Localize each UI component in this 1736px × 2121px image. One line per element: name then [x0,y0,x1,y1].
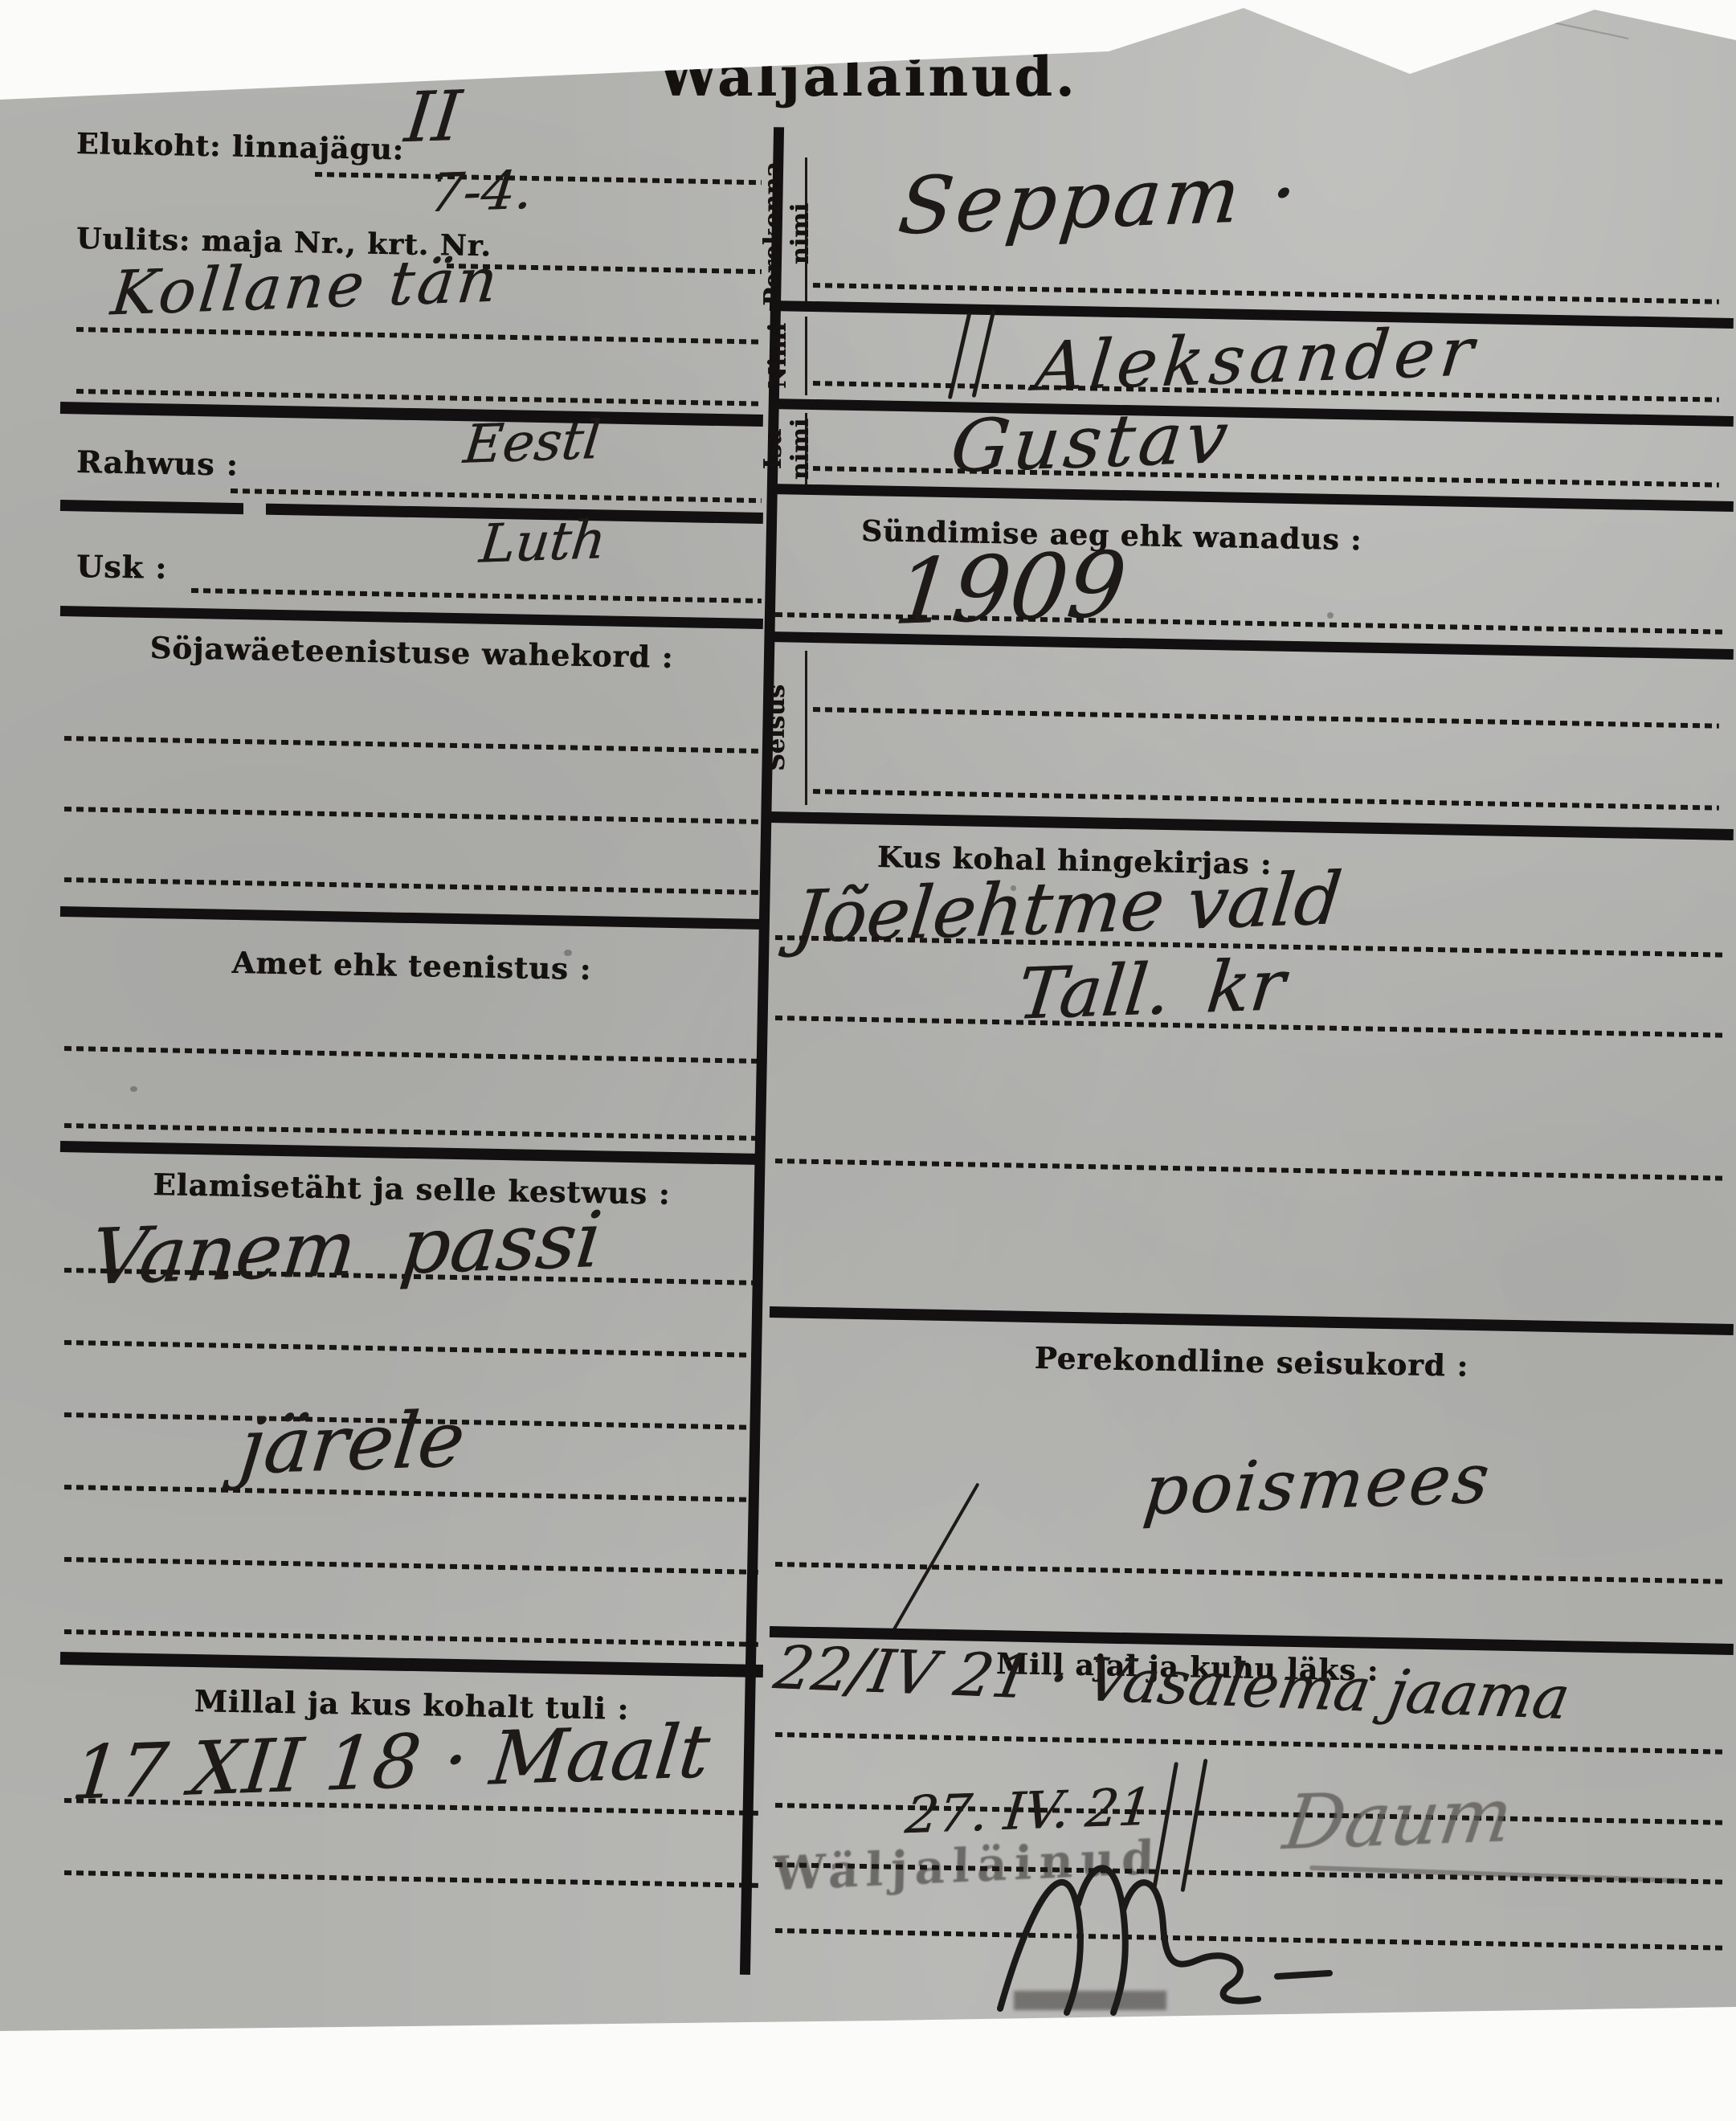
dotted-writing-line [64,1340,758,1358]
field-usk-label: Usk : [76,548,168,586]
section-rule [60,1652,763,1678]
dotted-writing-line [64,1870,758,1888]
field-occupation-label: Amet ehk teenistus : [60,942,764,990]
field-elukoht-label: Elukoht: linnajägu: [76,127,405,166]
section-rule [60,606,763,629]
dotted-writing-line [64,1557,758,1575]
dotted-writing-line [813,283,1719,304]
dotted-writing-line [231,488,762,503]
dotted-writing-line [64,1123,758,1141]
dotted-writing-line [64,1046,758,1064]
dotted-writing-line [315,172,762,185]
dotted-writing-line [775,1732,1723,1755]
field-status-label: Seisus [763,651,790,805]
handwriting-residence-permit-line1: Vanem passi [87,1195,606,1302]
dotted-writing-line [64,1485,758,1502]
label-cell-divider [805,651,807,805]
field-father-name-label: Isa nimi [760,413,814,485]
handwriting-marital-value: poismees [1140,1439,1495,1531]
handwriting-family-name-value: Seppam · [894,147,1304,252]
section-rule [60,906,763,930]
paper-speck [1011,885,1016,891]
handwriting-uulits-nr-value: 7-4. [427,159,536,224]
field-military-label: Söjawäeteenistuse wahekord : [60,628,764,676]
scanned-form-card: Wäljaläinud. Elukoht: linnajägu: II Uuli… [0,0,1736,2121]
dotted-writing-line [813,707,1719,729]
paper-speck [564,950,572,956]
dotted-writing-line [76,327,762,345]
dotted-writing-line [775,1562,1723,1584]
section-rule [60,1141,763,1165]
paper-crease [1424,0,1629,39]
handwriting-birth-value: 1909 [890,533,1131,645]
section-rule [770,1306,1734,1335]
pen-flourish [891,1482,980,1633]
dotted-writing-line [64,736,758,754]
handwriting-rahwus-value: Eestl [461,409,604,476]
paper-speck [1327,612,1334,619]
dotted-writing-line [64,877,758,895]
dotted-writing-line [813,789,1719,811]
handwriting-usk-value: Luth [477,509,609,574]
handwriting-elukoht-value: II [402,76,465,158]
section-rule [770,811,1734,840]
section-rule [770,484,1734,512]
section-rule [770,631,1734,660]
handwriting-residence-permit-line2: järele [235,1394,468,1492]
dotted-writing-line [64,807,758,824]
form-title: Wäljaläinud. [514,45,1221,109]
dotted-writing-line [64,1629,758,1647]
paper-speck [130,1086,137,1092]
handwriting-street-value: Kollane tän [108,244,504,329]
dotted-writing-line [775,1159,1723,1181]
field-rahwus-label: Rahwus : [76,443,239,483]
field-family-name-label: Perekonna nimi [760,161,814,307]
section-rule-with-gap [60,500,763,524]
label-cell-divider [805,317,807,395]
dotted-writing-line [191,588,762,603]
section-rule [60,402,763,427]
cutoff-stamp-smudge [1014,1991,1166,2010]
section-rule [770,398,1734,427]
field-first-name-label: Nimi [765,317,792,395]
field-marital-label: Perekondline seisukord : [770,1335,1734,1388]
